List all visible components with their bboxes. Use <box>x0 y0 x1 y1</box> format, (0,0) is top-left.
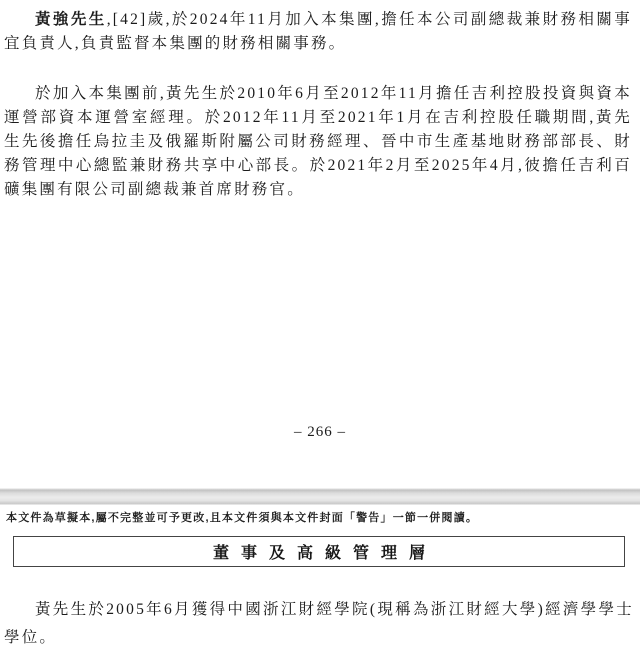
person-name: 黃強先生 <box>35 11 107 28</box>
document-page: 黃強先生,[42]歲,於2024年11月加入本集團,擔任本公司副總裁兼財務相關事… <box>0 0 640 661</box>
bio-paragraph-2: 於加入本集團前,黃先生於2010年6月至2012年11月擔任吉利控股投資與資本運… <box>4 82 632 202</box>
page-separator <box>0 488 640 505</box>
education-paragraph: 黃先生於2005年6月獲得中國浙江財經學院(現稱為浙江財經大學)經濟學學士學位。 <box>4 596 634 652</box>
section-heading: 董事及高級管理層 <box>201 540 437 563</box>
section-heading-box: 董事及高級管理層 <box>13 536 625 567</box>
bio-paragraph-1: 黃強先生,[42]歲,於2024年11月加入本集團,擔任本公司副總裁兼財務相關事… <box>4 8 632 56</box>
page-number: – 266 – <box>0 424 640 441</box>
draft-disclaimer: 本文件為草擬本,屬不完整並可予更改,且本文件須與本文件封面「警告」一節一併閱讀。 <box>6 509 636 525</box>
